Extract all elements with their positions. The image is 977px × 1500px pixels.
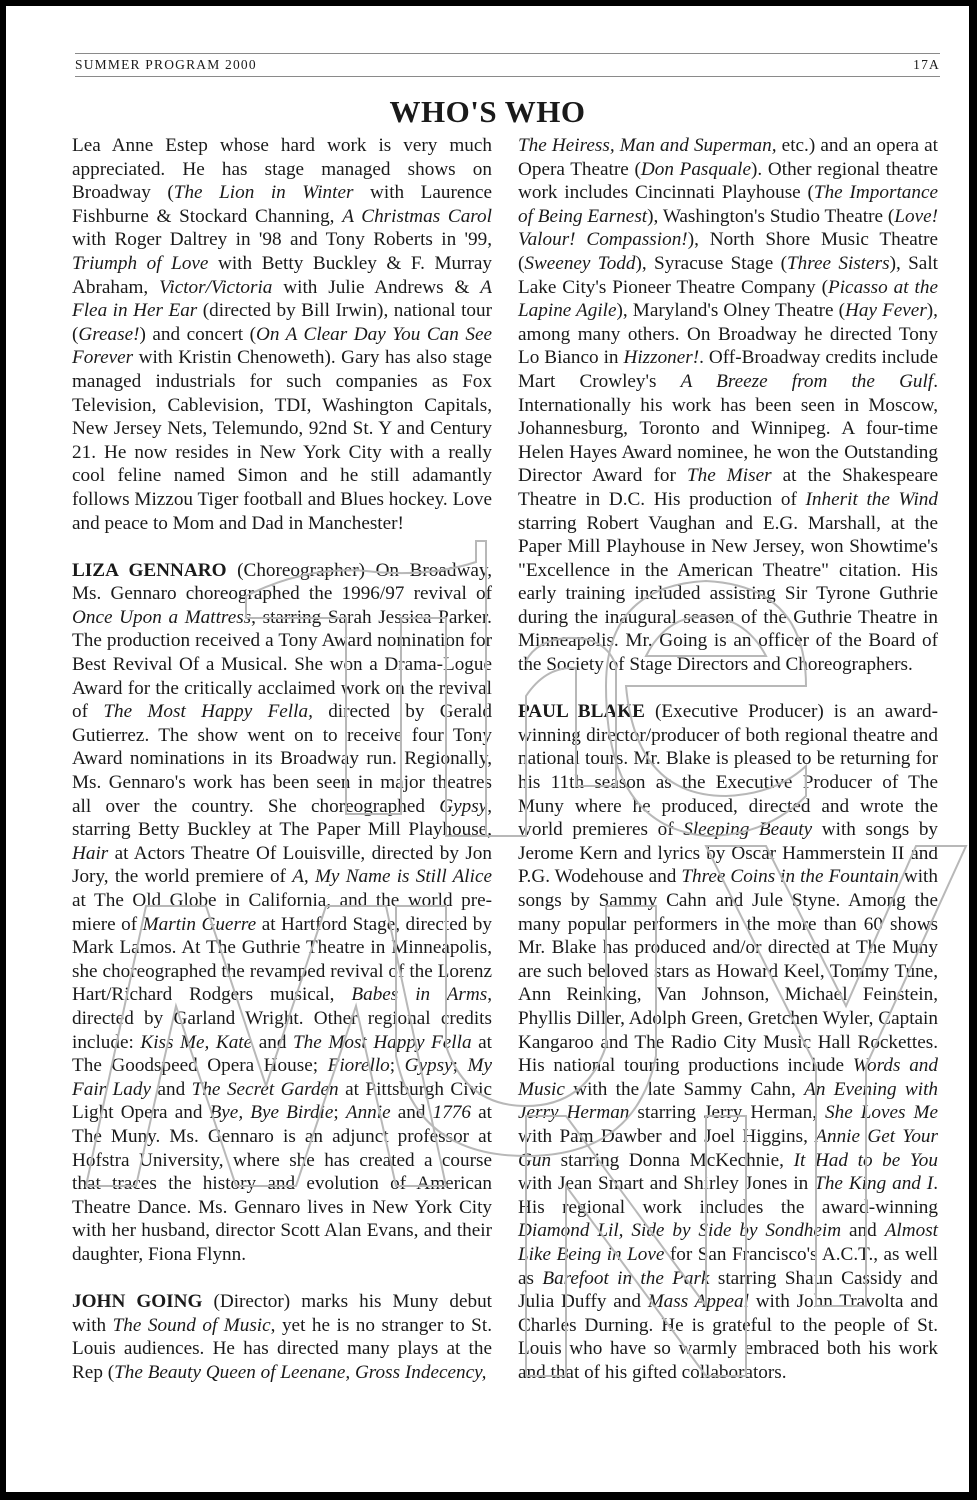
work-title: The Importance of Being Earnest <box>518 182 938 227</box>
work-title: Inherit the Wind <box>806 489 938 510</box>
work-title: The Most Happy Fella <box>293 1032 472 1053</box>
work-title: The Beauty Queen of Leenane, Gross Indec… <box>114 1362 486 1383</box>
bio-continuation: The Heiress, Man and Superman, etc.) and… <box>518 134 938 677</box>
work-title: Annie <box>346 1102 391 1123</box>
work-title: The Secret Garden <box>192 1079 339 1100</box>
person-role: (Director) <box>213 1291 290 1312</box>
work-title: Sweeney Todd <box>524 253 635 274</box>
publication-name: SUMMER PROGRAM 2000 <box>75 57 257 73</box>
work-title: 1776 <box>433 1102 471 1123</box>
work-title: The Miser <box>687 465 772 486</box>
bio-john-going: JOHN GOING (Director) marks his Muny deb… <box>72 1290 492 1384</box>
work-title: Hair <box>72 843 108 864</box>
bio-paul-blake: PAUL BLAKE (Executive Producer) is an aw… <box>518 700 938 1384</box>
work-title: Grease! <box>78 324 139 345</box>
work-title: A, My Name is Still Alice <box>292 866 492 887</box>
work-title: Triumph of Love <box>72 253 208 274</box>
work-title: The Sound of Music <box>113 1315 271 1336</box>
work-title: Barefoot in the Park <box>542 1268 709 1289</box>
work-title: Three Coins in the Fountain <box>681 866 899 887</box>
work-title: A Christmas Carol <box>342 206 492 227</box>
work-title: Once Upon a Mattress <box>72 607 251 628</box>
work-title: Victor/Victoria <box>159 277 272 298</box>
work-title: A Breeze from the Gulf <box>681 371 934 392</box>
work-title: Kiss Me, Kate <box>140 1032 252 1053</box>
person-name: JOHN GOING <box>72 1291 202 1312</box>
work-title: Gypsy <box>405 1055 453 1076</box>
person-name: PAUL BLAKE <box>518 701 645 722</box>
work-title: A Flea in Her Ear <box>72 277 492 322</box>
work-title: Don Pasquale <box>641 159 751 180</box>
right-column: The Heiress, Man and Superman, etc.) and… <box>518 134 938 1384</box>
work-title: Hay Fever <box>845 300 927 321</box>
bio-liza-gennaro: LIZA GENNARO (Choreographer) On Broadway… <box>72 559 492 1267</box>
running-header: SUMMER PROGRAM 2000 17A <box>75 53 940 77</box>
work-title: The King and I <box>814 1173 933 1194</box>
work-title: The Lion in Winter <box>174 182 354 203</box>
work-title: The Most Happy Fella, <box>103 701 313 722</box>
work-title: The Heiress, Man and Superman, <box>518 135 777 156</box>
program-page: SUMMER PROGRAM 2000 17A WHO'S WHO Lea An… <box>6 6 969 1492</box>
left-column: Lea Anne Estep whose hard work is very m… <box>72 134 492 1384</box>
work-title: Bye, Bye Birdie <box>210 1102 334 1123</box>
person-role: (Executive Producer) <box>655 701 824 722</box>
work-title: Diamond Lil, Side by Side by Sondheim <box>518 1220 841 1241</box>
person-role: (Choreographer) <box>237 560 365 581</box>
work-title: Fiorello <box>328 1055 390 1076</box>
work-title: Martin Guerre <box>143 914 257 935</box>
work-title: Gypsy <box>439 796 487 817</box>
work-title: It Had to be You <box>794 1150 938 1171</box>
work-title: Hizzoner! <box>623 347 699 368</box>
work-title: She Loves Me <box>825 1102 938 1123</box>
page-number: 17A <box>913 57 940 73</box>
work-title: Three Sisters <box>787 253 890 274</box>
bio-continuation: Lea Anne Estep whose hard work is very m… <box>72 134 492 535</box>
work-title: Babes in Arms <box>351 984 487 1005</box>
person-name: LIZA GENNARO <box>72 560 227 581</box>
work-title: Sleeping Beauty <box>683 819 812 840</box>
work-title: Mass Appeal <box>648 1291 749 1312</box>
page-title: WHO'S WHO <box>6 94 969 130</box>
